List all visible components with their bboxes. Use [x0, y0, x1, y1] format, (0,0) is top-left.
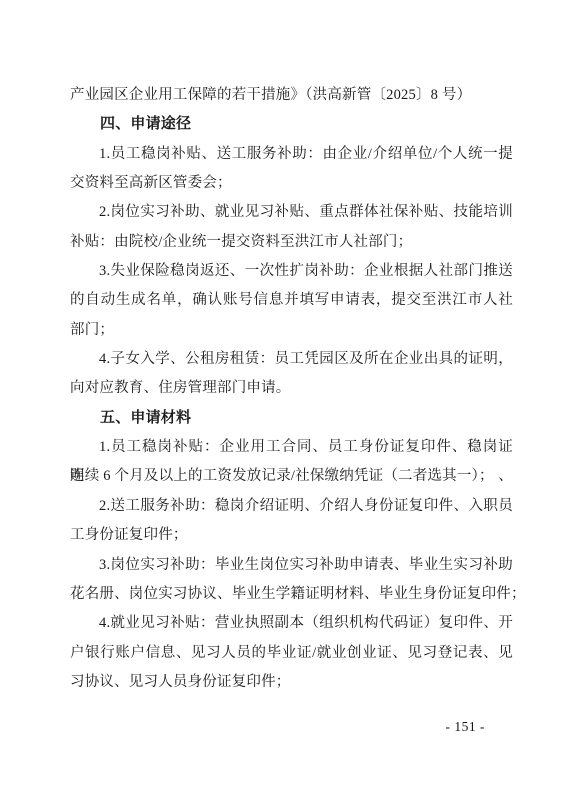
intro-continuation-line: 产业园区企业用工保障的若干措施》（洪高新管〔2025〕8 号） — [70, 81, 513, 110]
text-line: 3.岗位实习补助：毕业生岗位实习补助申请表、毕业生实习补助 — [70, 551, 513, 580]
text-line: 向对应教育、住房管理部门申请。 — [70, 374, 513, 403]
text-line: 3.失业保险稳岗返还、一次性扩岗补助：企业根据人社部门推送 — [70, 257, 513, 286]
page-body: 产业园区企业用工保障的若干措施》（洪高新管〔2025〕8 号） 四、申请途径 1… — [70, 81, 513, 697]
text-line: 2.岗位实习补助、就业见习补贴、重点群体社保补贴、技能培训 — [70, 198, 513, 227]
text-line: 交资料至高新区管委会； — [70, 169, 513, 198]
text-line: 习协议、见习人员身份证复印件； — [70, 668, 513, 697]
section4-heading: 四、申请途径 — [70, 110, 513, 139]
document-page: 产业园区企业用工保障的若干措施》（洪高新管〔2025〕8 号） 四、申请途径 1… — [0, 0, 561, 793]
text-line: 的自动生成名单，确认账号信息并填写申请表，提交至洪江市人社 — [70, 286, 513, 315]
text-line: 花名册、岗位实习协议、毕业生学籍证明材料、毕业生身份证复印件； — [70, 580, 513, 609]
text-line: 户银行账户信息、见习人员的毕业证/就业创业证、见习登记表、见 — [70, 639, 513, 668]
text-line: 工身份证复印件； — [70, 521, 513, 550]
text-line: 1.员工稳岗补贴：企业用工合同、员工身份证复印件、稳岗证明、 — [70, 433, 513, 462]
text-line: 2.送工服务补助：稳岗介绍证明、介绍人身份证复印件、入职员 — [70, 492, 513, 521]
text-line: 部门； — [70, 316, 513, 345]
text-line: 1.员工稳岗补贴、送工服务补助：由企业/介绍单位/个人统一提 — [70, 140, 513, 169]
section5-heading: 五、申请材料 — [70, 404, 513, 433]
text-line: 4.子女入学、公租房租赁：员工凭园区及所在企业出具的证明， — [70, 345, 513, 374]
text-line: 4.就业见习补贴：营业执照副本（组织机构代码证）复印件、开 — [70, 609, 513, 638]
page-number: - 151 - — [446, 714, 486, 740]
text-line: 连续 6 个月及以上的工资发放记录/社保缴纳凭证（二者选其一）； — [70, 462, 513, 491]
text-line: 补贴：由院校/企业统一提交资料至洪江市人社部门； — [70, 228, 513, 257]
